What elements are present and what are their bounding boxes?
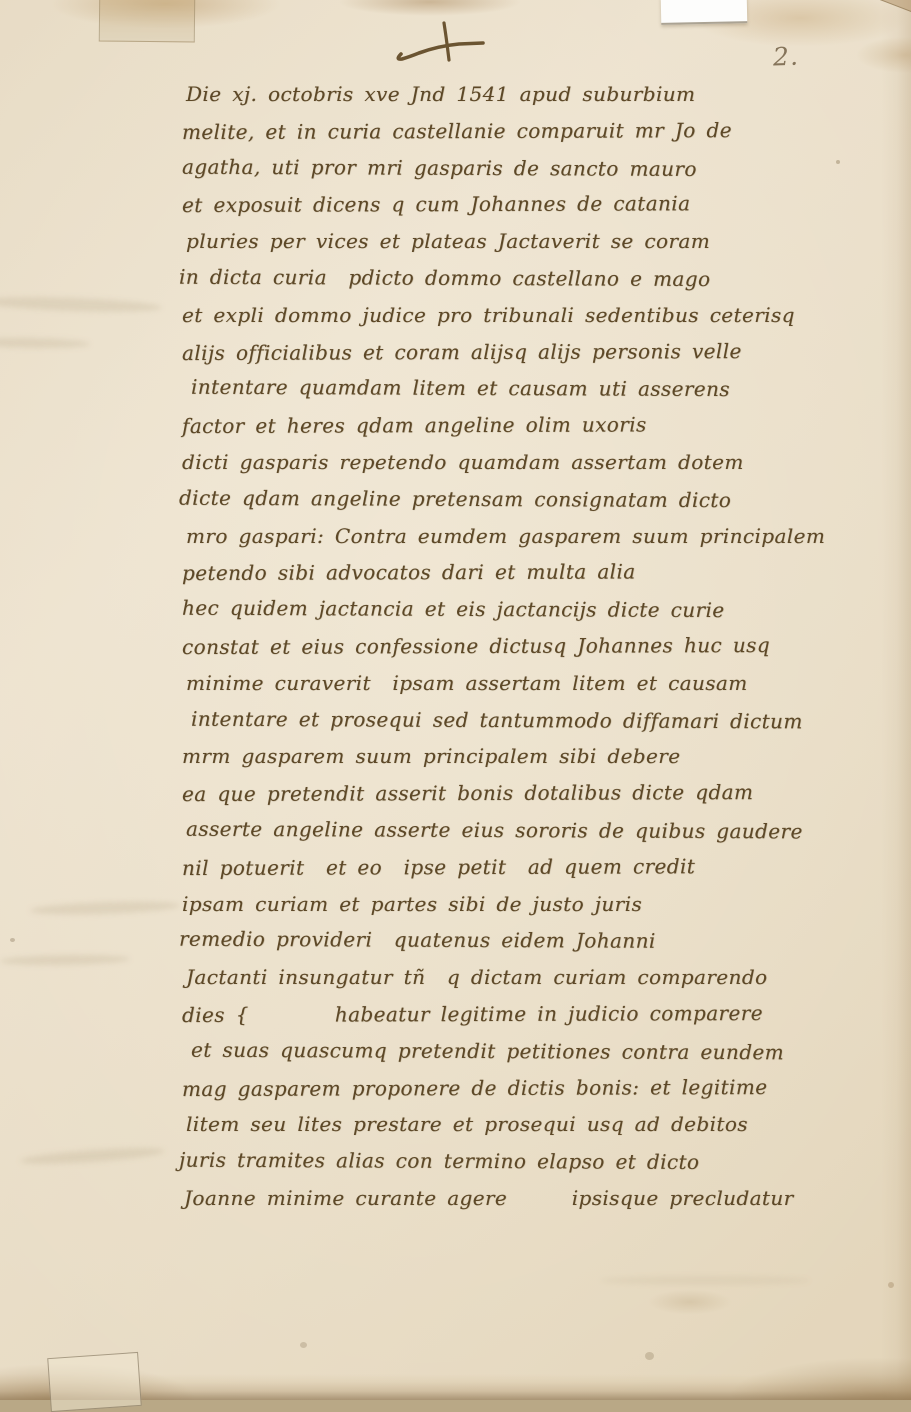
- manuscript-line: remedio provideri quatenus eidem Johanni: [179, 921, 782, 960]
- manuscript-line: melite, et in curia castellanie comparui…: [182, 112, 782, 151]
- manuscript-line: mro gaspari: Contra eumdem gasparem suum…: [186, 518, 782, 555]
- show-through-mark: [30, 899, 180, 916]
- manuscript-line: litem seu lites prestare et prosequi usq…: [186, 1106, 782, 1143]
- foxing-speck: [10, 938, 15, 942]
- manuscript-line: dies { habeatur legitime in judicio comp…: [182, 995, 782, 1034]
- manuscript-line: Die xj. octobris xve Jnd 1541 apud subur…: [186, 76, 782, 113]
- manuscript-line: juris tramites alias con termino elapso …: [179, 1142, 782, 1181]
- manuscript-text-block: Die xj. octobris xve Jnd 1541 apud subur…: [182, 76, 782, 1217]
- page-corner-sliver: [855, 0, 911, 30]
- manuscript-line: ea que pretendit asserit bonis dotalibus…: [182, 774, 782, 813]
- manuscript-line: et expli dommo judice pro tribunali sede…: [182, 297, 782, 334]
- manuscript-page: 2. Die xj. octobris xve Jnd 1541 apud su…: [0, 0, 911, 1400]
- manuscript-line: intentare et prosequi sed tantummodo dif…: [191, 700, 782, 739]
- manuscript-line: dicti gasparis repetendo quamdam asserta…: [182, 444, 782, 481]
- show-through-mark: [0, 295, 162, 314]
- manuscript-line: mrm gasparem suum principalem sibi deber…: [182, 738, 782, 775]
- foxing-speck: [888, 1282, 894, 1288]
- folio-number: 2.: [773, 42, 800, 72]
- manuscript-line: pluries per vices et plateas Jactaverit …: [186, 223, 782, 260]
- manuscript-line: in dicta curia pdicto dommo castellano e…: [179, 259, 782, 298]
- manuscript-line: asserte angeline asserte eius sororis de…: [186, 811, 782, 850]
- manuscript-line: dicte qdam angeline pretensam consignata…: [179, 479, 782, 518]
- manuscript-line: et suas quascumq pretendit petitiones co…: [191, 1031, 782, 1070]
- manuscript-line: mag gasparem proponere de dictis bonis: …: [182, 1068, 782, 1107]
- manuscript-line: agatha, uti pror mri gasparis de sancto …: [182, 148, 782, 187]
- manuscript-line: minime curaverit ipsam assertam litem et…: [186, 665, 782, 702]
- manuscript-line: intentare quamdam litem et causam uti as…: [191, 369, 782, 408]
- show-through-mark: [0, 954, 130, 966]
- show-through-mark: [20, 1145, 165, 1167]
- tape-repair-top-left: [99, 0, 195, 43]
- cross-invocation-icon: [393, 20, 489, 62]
- manuscript-line: factor et heres qdam angeline olim uxori…: [182, 406, 782, 445]
- manuscript-line: petendo sibi advocatos dari et multa ali…: [182, 553, 782, 592]
- foxing-speck: [836, 160, 840, 164]
- foxing-speck: [300, 1342, 307, 1348]
- paper-tab-top-right: [661, 0, 748, 25]
- manuscript-line: Jactanti insungatur tñ q dictam curiam c…: [186, 959, 782, 996]
- manuscript-line: constat et eius confessione dictusq Joha…: [182, 627, 782, 666]
- show-through-mark: [600, 1276, 810, 1285]
- manuscript-line: nil potuerit et eo ipse petit ad quem cr…: [182, 848, 782, 887]
- tape-repair-bottom-left: [47, 1352, 142, 1400]
- show-through-mark: [0, 337, 90, 349]
- manuscript-line: ipsam curiam et partes sibi de justo jur…: [182, 886, 782, 923]
- manuscript-line: alijs officialibus et coram alijsq alijs…: [182, 333, 782, 372]
- manuscript-line: Joanne minime curante agere ipsisque pre…: [184, 1180, 782, 1217]
- foxing-speck: [645, 1352, 654, 1360]
- manuscript-line: et exposuit dicens q cum Johannes de cat…: [182, 185, 782, 224]
- manuscript-line: hec quidem jactancia et eis jactancijs d…: [182, 590, 782, 629]
